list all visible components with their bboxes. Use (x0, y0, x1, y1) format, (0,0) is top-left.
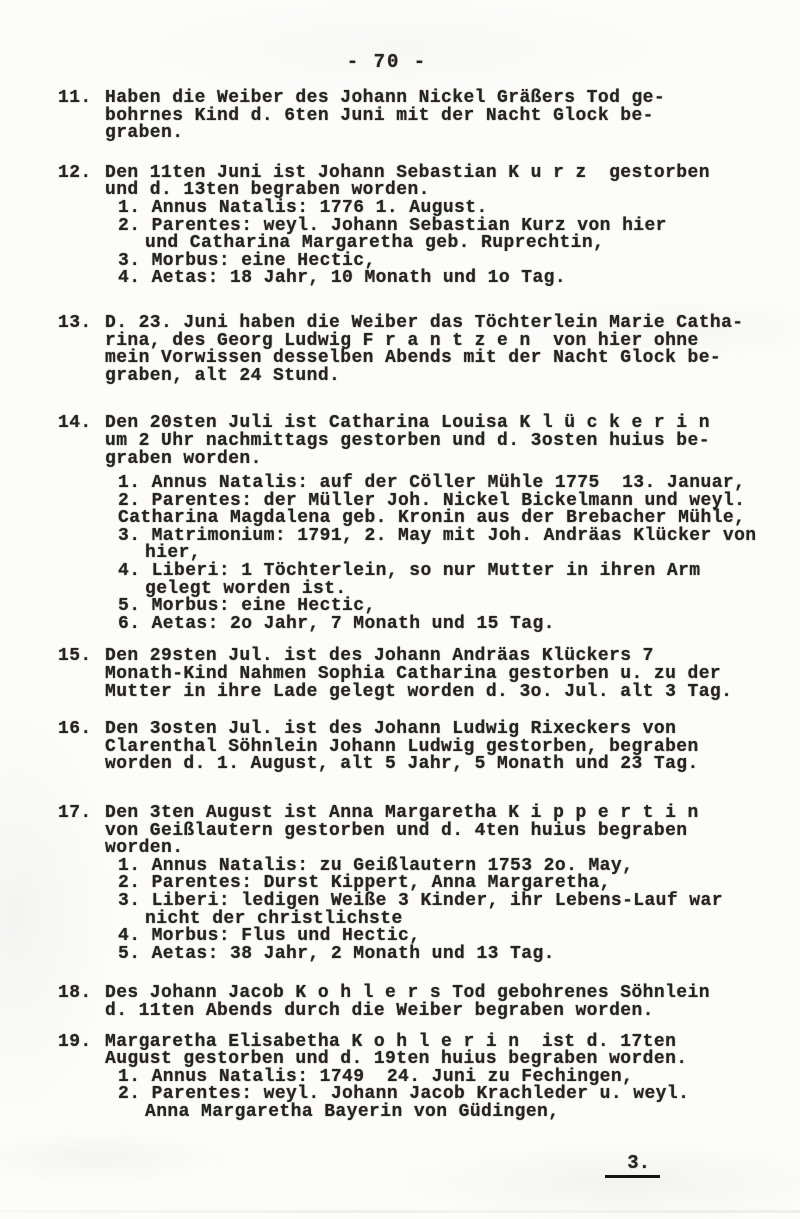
page-footer-number: 3. (605, 1152, 660, 1178)
entry-number: 11. (58, 90, 105, 143)
entry-line: graben. (105, 125, 760, 143)
entry-line: bohrnes Kind d. 6ten Juni mit der Nacht … (105, 108, 760, 126)
entry-line: 3. Matrimonium: 1791, 2. May mit Joh. An… (105, 528, 760, 546)
entry-body: Den 20sten Juli ist Catharina Louisa K l… (105, 415, 760, 633)
register-entry: 19.Margaretha Elisabetha K o h l e r i n… (58, 1034, 760, 1122)
register-entry: 12.Den 11ten Juni ist Johann Sebastian K… (58, 165, 760, 288)
entry-line: D. 23. Juni haben die Weiber das Töchter… (105, 315, 760, 333)
register-entry: 18.Des Johann Jacob K o h l e r s Tod ge… (58, 985, 760, 1020)
entry-line: Monath-Kind Nahmen Sophia Catharina gest… (105, 666, 760, 684)
entry-number: 15. (58, 648, 105, 701)
entry-body: Den 3osten Jul. ist des Johann Ludwig Ri… (105, 721, 760, 774)
entry-line: Anna Margaretha Bayerin von Güdingen, (105, 1104, 760, 1122)
entry-number: 13. (58, 315, 105, 385)
entry-line: 4. Aetas: 18 Jahr, 10 Monath und 1o Tag. (105, 270, 760, 288)
entry-line: 1. Annus Natalis: 1776 1. August. (105, 200, 760, 218)
entry-number: 14. (58, 415, 105, 633)
entry-number: 12. (58, 165, 105, 288)
entry-line: 3. Liberi: ledigen Weiße 3 Kinder, ihr L… (105, 893, 760, 911)
entry-number: 18. (58, 985, 105, 1020)
entry-line: Haben die Weiber des Johann Nickel Gräße… (105, 90, 760, 108)
register-entry: 11.Haben die Weiber des Johann Nickel Gr… (58, 90, 760, 143)
register-entry: 14.Den 20sten Juli ist Catharina Louisa … (58, 415, 760, 633)
entry-line: worden d. 1. August, alt 5 Jahr, 5 Monat… (105, 756, 760, 774)
entry-body: Des Johann Jacob K o h l e r s Tod geboh… (105, 985, 760, 1020)
scan-edge-smudge (0, 1210, 800, 1213)
entry-line: von Geißlautern gestorben und d. 4ten hu… (105, 823, 760, 841)
register-entry: 13.D. 23. Juni haben die Weiber das Töch… (58, 315, 760, 385)
entry-line: 5. Aetas: 38 Jahr, 2 Monath und 13 Tag. (105, 946, 760, 964)
entry-line: 6. Aetas: 2o Jahr, 7 Monath und 15 Tag. (105, 616, 760, 634)
register-entry: 17.Den 3ten August ist Anna Margaretha K… (58, 805, 760, 963)
entry-line: um 2 Uhr nachmittags gestorben und d. 3o… (105, 433, 760, 451)
entry-number: 16. (58, 721, 105, 774)
entry-line: d. 11ten Abends durch die Weiber begrabe… (105, 1003, 760, 1021)
entry-number: 19. (58, 1034, 105, 1122)
entry-body: Den 3ten August ist Anna Margaretha K i … (105, 805, 760, 963)
entry-body: Haben die Weiber des Johann Nickel Gräße… (105, 90, 760, 143)
entry-number: 17. (58, 805, 105, 963)
entry-body: Den 29sten Jul. ist des Johann Andräas K… (105, 648, 760, 701)
page-number-header: - 70 - (0, 0, 787, 72)
entry-body: Margaretha Elisabetha K o h l e r i n is… (105, 1034, 760, 1122)
page-footer: 3. (605, 1152, 660, 1178)
entry-body: Den 11ten Juni ist Johann Sebastian K u … (105, 165, 760, 288)
burial-register-entries: 11.Haben die Weiber des Johann Nickel Gr… (58, 90, 760, 1122)
entry-body: D. 23. Juni haben die Weiber das Töchter… (105, 315, 760, 385)
register-entry: 15.Den 29sten Jul. ist des Johann Andräa… (58, 648, 760, 701)
entry-line: graben worden. (105, 451, 760, 469)
entry-line: Mutter in ihre Lade gelegt worden d. 3o.… (105, 684, 760, 702)
scanned-document-page: - 70 - 11.Haben die Weiber des Johann Ni… (0, 0, 800, 1219)
entry-line: Den 3ten August ist Anna Margaretha K i … (105, 805, 760, 823)
register-entry: 16.Den 3osten Jul. ist des Johann Ludwig… (58, 721, 760, 774)
entry-line: graben, alt 24 Stund. (105, 368, 760, 386)
